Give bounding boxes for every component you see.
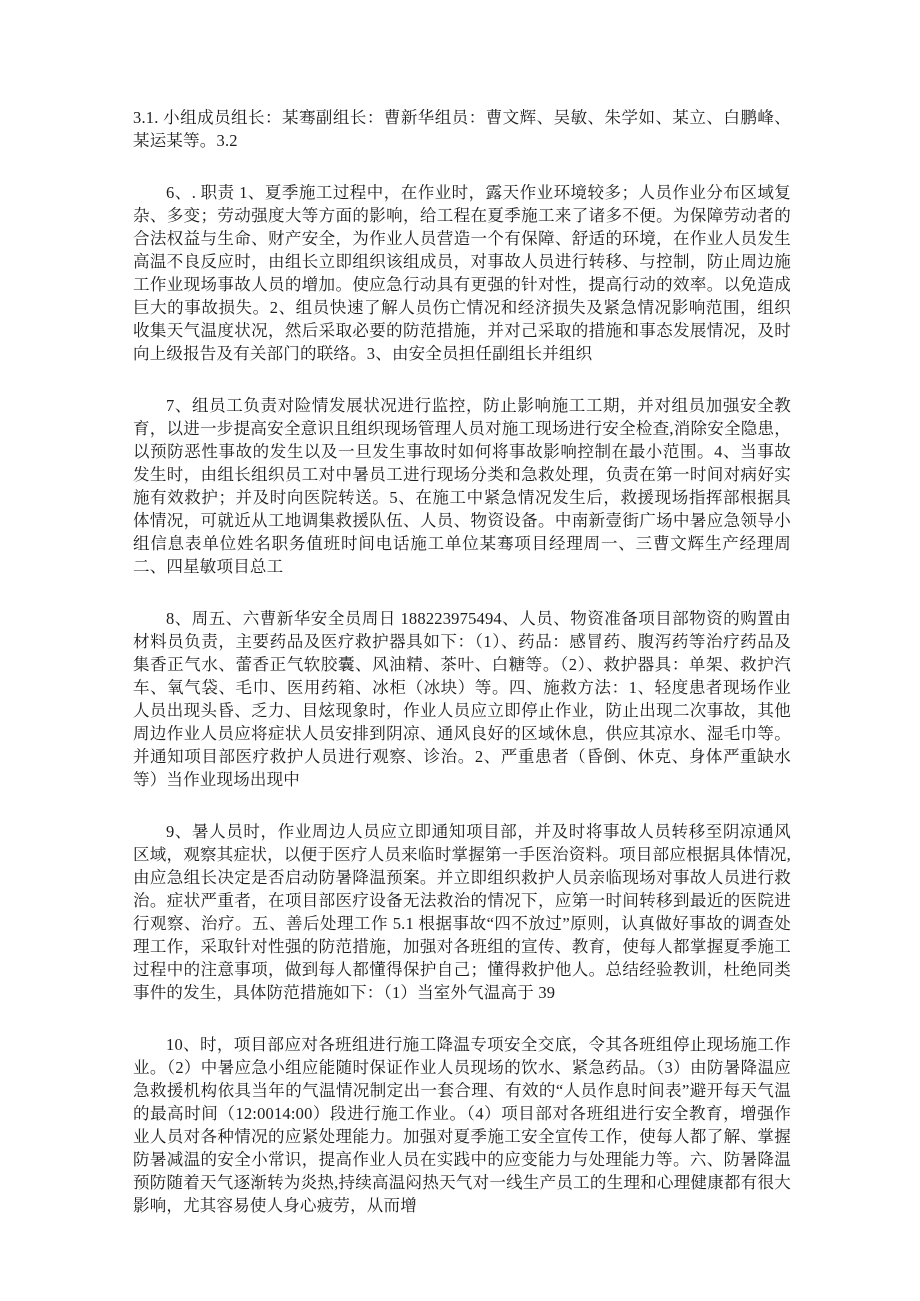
paragraph-4: 8、周五、六曹新华安全员周日 188223975494、人员、物资准备项目部物资… (133, 607, 791, 791)
paragraph-5: 9、暑人员时，作业周边人员应立即通知项目部，并及时将事故人员转移至阴凉通风区域，… (133, 820, 791, 1004)
paragraph-1: 3.1. 小组成员组长：某骞副组长：曹新华组员：曹文辉、吴敏、朱学如、某立、白鹏… (133, 106, 791, 152)
paragraph-2: 6、. 职责 1、夏季施工过程中，在作业时，露天作业环境较多；人员作业分布区域复… (133, 181, 791, 365)
document-page: 3.1. 小组成员组长：某骞副组长：曹新华组员：曹文辉、吴敏、朱学如、某立、白鹏… (0, 0, 920, 1301)
paragraph-6: 10、时，项目部应对各班组进行施工降温专项安全交底，令其各班组停止现场施工作业。… (133, 1033, 791, 1217)
paragraph-3: 7、组员工负责对险情发展状况进行监控，防止影响施工工期，并对组员加强安全教育，以… (133, 394, 791, 578)
